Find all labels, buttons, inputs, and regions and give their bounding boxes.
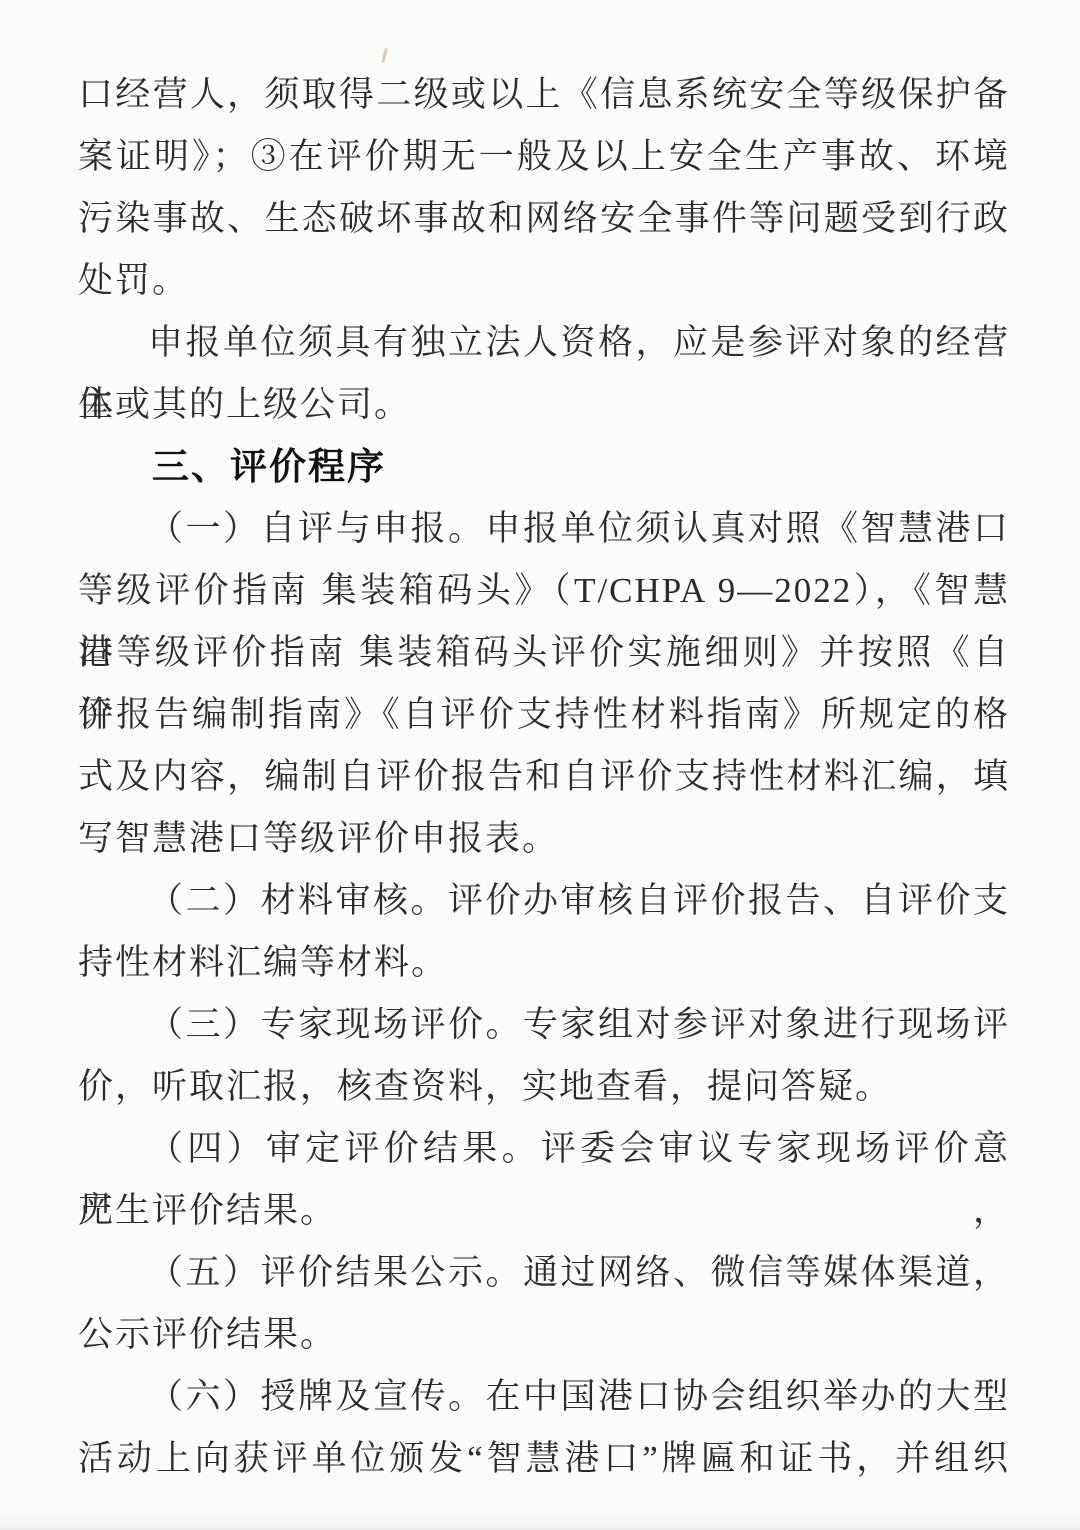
text-line: 申报单位须具有独立法人资格，应是参评对象的经营主 [78,312,1010,374]
document-content: 口经营人，须取得二级或以上《信息系统安全等级保护备 案证明》；③在评价期无一般及… [78,64,1010,1490]
section-heading: 三、评价程序 [78,436,1010,498]
text-line: 口等级评价指南 集装箱码头评价实施细则》并按照《自评 [78,622,1010,684]
text-line: （三）专家现场评价。专家组对参评对象进行现场评 [78,994,1010,1056]
text-line: （二）材料审核。评价办审核自评价报告、自评价支 [78,870,1010,932]
text-line: 价报告编制指南》《自评价支持性材料指南》所规定的格 [78,684,1010,746]
text-line: （四）审定评价结果。评委会审议专家现场评价意见， [78,1118,1010,1180]
scan-edge-shadow [0,1514,1080,1530]
text-line: 污染事故、生态破坏事故和网络安全事件等问题受到行政 [78,188,1010,250]
scanned-document-page: 口经营人，须取得二级或以上《信息系统安全等级保护备 案证明》；③在评价期无一般及… [0,0,1080,1530]
text-line: 式及内容，编制自评价报告和自评价支持性材料汇编，填 [78,746,1010,808]
text-line: （六）授牌及宣传。在中国港口协会组织举办的大型 [78,1366,1010,1428]
scan-speck-artifact [381,48,388,63]
text-line: 活动上向获评单位颁发“智慧港口”牌匾和证书，并组织 [78,1428,1010,1490]
text-line: （五）评价结果公示。通过网络、微信等媒体渠道， [78,1242,1010,1304]
text-line: 公示评价结果。 [78,1304,1010,1366]
text-line: 等级评价指南 集装箱码头》（T/CHPA 9—2022），《智慧港 [78,560,1010,622]
text-line: 体或其的上级公司。 [78,374,1010,436]
text-line: （一）自评与申报。申报单位须认真对照《智慧港口 [78,498,1010,560]
text-line: 写智慧港口等级评价申报表。 [78,808,1010,870]
text-line: 持性材料汇编等材料。 [78,932,1010,994]
text-line: 处罚。 [78,250,1010,312]
text-line: 口经营人，须取得二级或以上《信息系统安全等级保护备 [78,64,1010,126]
text-line: 价，听取汇报，核查资料，实地查看，提问答疑。 [78,1056,1010,1118]
text-line: 案证明》；③在评价期无一般及以上安全生产事故、环境 [78,126,1010,188]
